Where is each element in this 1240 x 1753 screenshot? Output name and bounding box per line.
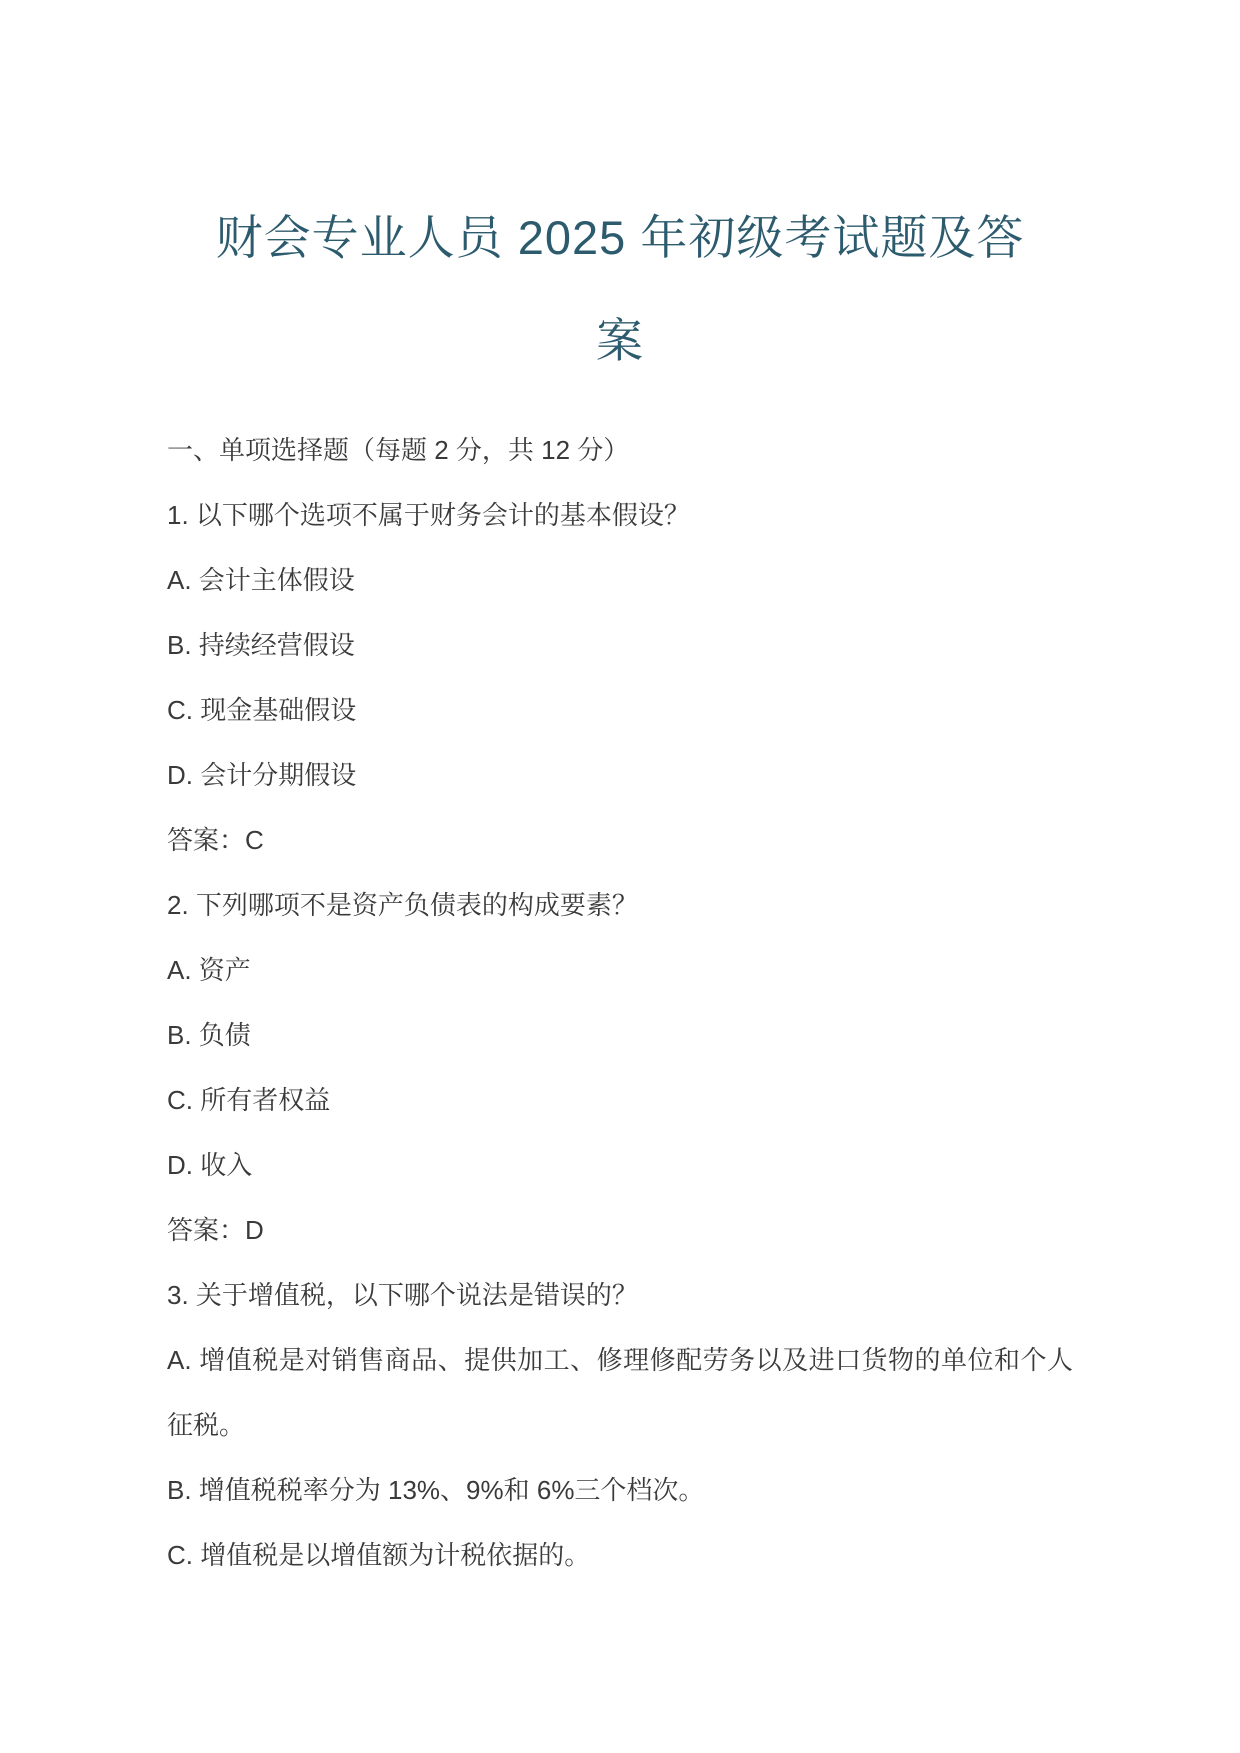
option-text: D. 会计分期假设 [167,743,1073,808]
option-text: C. 现金基础假设 [167,678,1073,743]
question-text: 3. 关于增值税，以下哪个说法是错误的？ [167,1263,1073,1328]
option-text: A. 会计主体假设 [167,548,1073,613]
option-text: B. 持续经营假设 [167,613,1073,678]
title-line-2: 案 [167,289,1073,392]
option-text: B. 负债 [167,1003,1073,1068]
answer-text: 答案：D [167,1198,1073,1263]
question-text: 2. 下列哪项不是资产负债表的构成要素？ [167,873,1073,938]
answer-text: 答案：C [167,808,1073,873]
question-text: 1. 以下哪个选项不属于财务会计的基本假设？ [167,483,1073,548]
title-line-1: 财会专业人员 2025 年初级考试题及答 [167,186,1073,289]
option-text: C. 增值税是以增值额为计税依据的。 [167,1523,1073,1588]
document-body: 一、单项选择题（每题 2 分，共 12 分）1. 以下哪个选项不属于财务会计的基… [167,418,1073,1588]
document-page: 财会专业人员 2025 年初级考试题及答 案 一、单项选择题（每题 2 分，共 … [0,0,1240,1753]
option-text: A. 增值税是对销售商品、提供加工、修理修配劳务以及进口货物的单位和个人征税。 [167,1328,1073,1458]
option-text: C. 所有者权益 [167,1068,1073,1133]
option-text: A. 资产 [167,938,1073,1003]
document-title: 财会专业人员 2025 年初级考试题及答 案 [167,0,1073,392]
option-text: D. 收入 [167,1133,1073,1198]
section-heading: 一、单项选择题（每题 2 分，共 12 分） [167,418,1073,483]
option-text: B. 增值税税率分为 13%、9%和 6%三个档次。 [167,1458,1073,1523]
